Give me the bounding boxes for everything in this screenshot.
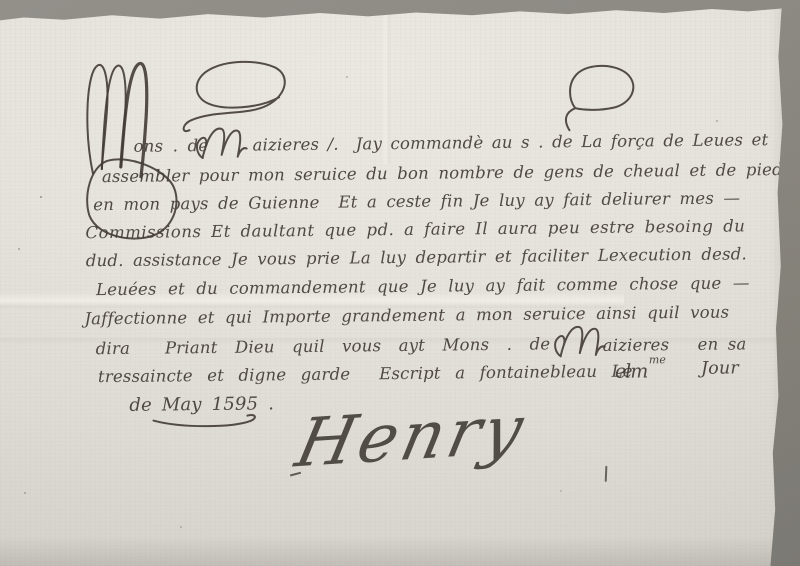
- manuscript-line-8-pre: dira Priant Dieu quil vous ayt Mons . de: [96, 334, 551, 359]
- photo-backdrop: ons . de aizieres /. Jay commandè au s .…: [0, 0, 800, 566]
- cursive-m-icon: [552, 322, 606, 361]
- manuscript-line-2: assembler pour mon seruice du bon nombre…: [102, 160, 783, 187]
- ink-mark: [605, 466, 608, 482]
- manuscript-line-6: Leuées et du commandement que Je luy ay …: [96, 273, 750, 300]
- flourish-balloon: [561, 61, 646, 136]
- manuscript-line-9-pre: tressaincte et digne garde Escript a fon…: [98, 362, 633, 388]
- manuscript-line-9-post: Jour: [701, 358, 739, 378]
- manuscript-line-3: en mon pays de Guienne Et a ceste fin Je…: [93, 188, 740, 215]
- manuscript-line-5: dud. assistance Je vous prie La luy depa…: [86, 244, 747, 271]
- manuscript-line-9-scrawl: elm: [615, 361, 648, 381]
- letter-paper: ons . de aizieres /. Jay commandè au s .…: [0, 0, 800, 566]
- manuscript-line-9-superscript: me: [649, 353, 666, 366]
- date-underline-flourish: [149, 413, 261, 430]
- manuscript-content: ons . de aizieres /. Jay commandè au s .…: [0, 0, 800, 566]
- henry-signature: Henry: [289, 390, 534, 483]
- cursive-m-icon: [194, 124, 248, 163]
- manuscript-line-1-post: aizieres /. Jay commandè au s . de La fo…: [252, 130, 768, 155]
- manuscript-line-8-post: aizieres en sa: [603, 334, 747, 356]
- manuscript-line-7: Jaffectionne et qui Importe grandement a…: [84, 303, 729, 330]
